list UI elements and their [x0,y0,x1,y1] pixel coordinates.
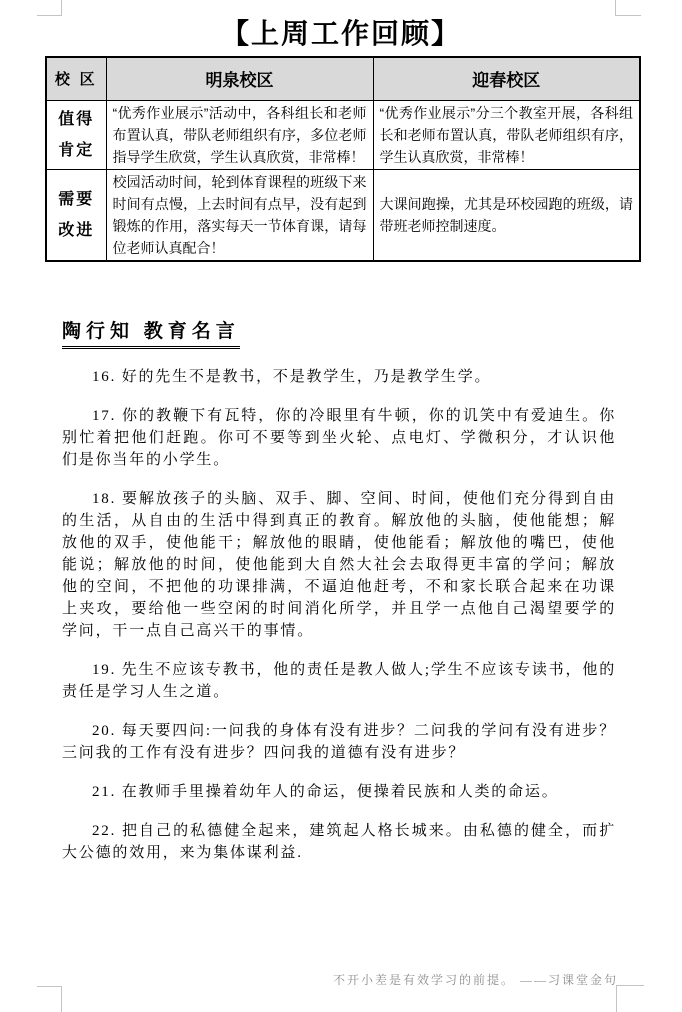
table-header-row: 校 区 明泉校区 迎春校区 [46,57,640,100]
cell-praise-mingquan: “优秀作业展示”活动中，各科组长和老师布置认真，带队老师组织有序，多位老师指导学… [106,100,373,169]
page-title: 【上周工作回顾】 [0,12,682,52]
quote-item: 20. 每天要四问:一问我的身体有没有进步？二问我的学问有没有进步？三问我的工作… [62,720,616,764]
row-label-line: 需要 [48,184,105,215]
quote-item: 19. 先生不应该专教书，他的责任是教人做人;学生不应该专读书，他的责任是学习人… [62,659,616,703]
quote-item: 21. 在教师手里操着幼年人的命运，便操着民族和人类的命运。 [62,781,616,803]
table-header-campus: 校 区 [46,57,106,100]
cell-improve-yingchun: 大课间跑操，尤其是环校园跑的班级，请带班老师控制速度。 [373,169,640,261]
quote-item: 22. 把自己的私德健全起来，建筑起人格长城来。由私德的健全，而扩大公德的效用，… [62,820,616,864]
table-header-yingchun: 迎春校区 [373,57,640,100]
table-row-improve: 需要 改进 校园活动时间，轮到体育课程的班级下来时间有点慢，上去时间有点早，没有… [46,169,640,261]
quote-item: 18. 要解放孩子的头脑、双手、脚、空间、时间，使他们充分得到自由的生活，从自由… [62,488,616,642]
document-page: 【上周工作回顾】 校 区 明泉校区 迎春校区 值得 肯定 “优秀作业展示”活动中… [0,0,682,1012]
section-heading: 陶行知 教育名言 [62,316,240,349]
row-label-line: 肯定 [48,135,105,166]
review-table: 校 区 明泉校区 迎春校区 值得 肯定 “优秀作业展示”活动中，各科组长和老师布… [45,56,641,262]
table-row-praise: 值得 肯定 “优秀作业展示”活动中，各科组长和老师布置认真，带队老师组织有序，多… [46,100,640,169]
row-label-improve: 需要 改进 [46,169,106,261]
row-label-line: 值得 [48,104,105,135]
table-header-mingquan: 明泉校区 [106,57,373,100]
quote-item: 17. 你的教鞭下有瓦特，你的冷眼里有牛顿，你的讥笑中有爱迪生。你别忙着把他们赶… [62,405,616,471]
quotes-list: 16. 好的先生不是教书，不是教学生，乃是教学生学。 17. 你的教鞭下有瓦特，… [62,366,616,881]
cell-praise-yingchun: “优秀作业展示”分三个教室开展，各科组长和老师布置认真，带队老师组织有序，学生认… [373,100,640,169]
footer-quote: 不开小差是有效学习的前提。 ——习课堂金句 [333,971,618,988]
cell-improve-mingquan: 校园活动时间，轮到体育课程的班级下来时间有点慢，上去时间有点早，没有起到锻炼的作… [106,169,373,261]
quote-item: 16. 好的先生不是教书，不是教学生，乃是教学生学。 [62,366,616,388]
row-label-line: 改进 [48,215,105,246]
row-label-praise: 值得 肯定 [46,100,106,169]
